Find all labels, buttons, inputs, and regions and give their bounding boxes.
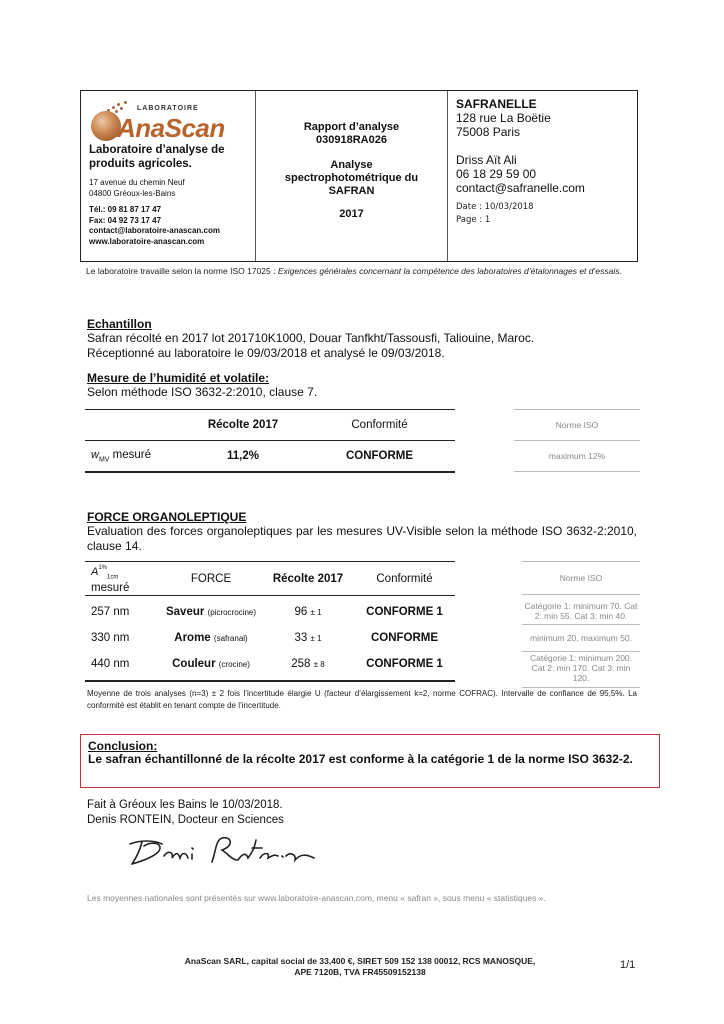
force-norm-table: Norme ISO Catégorie 1: minimum 70. Cat 2…	[522, 561, 640, 688]
report-title: Rapport d’analyse	[256, 121, 447, 134]
force-norm: minimum 20, maximum 50.	[522, 625, 640, 652]
compound: (crocine)	[219, 660, 250, 669]
lab-website[interactable]: www.laboratoire-anascan.com	[89, 237, 249, 248]
client-city: 75008 Paris	[456, 125, 637, 139]
humidity-table: Récolte 2017 Conformité wMV mesuré 11,2%…	[85, 409, 455, 473]
lab-address-line1: 17 avenue du chemin Neuf	[89, 177, 249, 188]
table-row: 257 nmSaveur (picrocrocine)96 ± 1CONFORM…	[85, 596, 455, 626]
w-symbol: w	[91, 449, 99, 461]
force-conformity: CONFORME 1	[354, 596, 455, 626]
lab-info: LABORATOIRE AnaScan Laboratoire d’analys…	[81, 91, 256, 261]
national-averages-note: Les moyennes nationales sont présentés s…	[87, 893, 546, 903]
client-phone: 06 18 29 59 00	[456, 167, 637, 181]
handwritten-signature-icon	[120, 830, 320, 870]
lab-title: Laboratoire d’analyse de produits agrico…	[89, 143, 249, 171]
col-conformity: Conformité	[304, 410, 455, 441]
wavelength: 330 nm	[85, 625, 160, 651]
humidity-method: Selon méthode ISO 3632-2:2010, clause 7.	[87, 385, 647, 400]
client-info: SAFRANELLE 128 rue La Boëtie 75008 Paris…	[448, 91, 637, 261]
humidity-title: Mesure de l’humidité et volatile:	[87, 371, 647, 385]
force-conformity: CONFORME 1	[354, 651, 455, 681]
client-street: 128 rue La Boëtie	[456, 111, 637, 125]
wavelength: 440 nm	[85, 651, 160, 681]
humidity-table-header: Récolte 2017 Conformité	[85, 410, 455, 441]
force-description: Evaluation des forces organoleptiques pa…	[87, 524, 637, 553]
client-email[interactable]: contact@safranelle.com	[456, 181, 637, 195]
sample-description: Safran récolté en 2017 lot 201710K1000, …	[87, 331, 647, 346]
iso-17025-note: Le laboratoire travaille selon la norme …	[86, 266, 638, 277]
norm-header: Norme ISO	[522, 562, 640, 595]
value: 96	[294, 606, 307, 618]
force-label: Saveur	[166, 606, 204, 618]
conclusion-text: Le safran échantillonné de la récolte 20…	[88, 753, 652, 766]
col-conformity: Conformité	[354, 562, 455, 596]
lab-address: 17 avenue du chemin Neuf 04800 Gréoux-le…	[89, 177, 249, 199]
iso-note-prefix: Le laboratoire travaille selon la norme …	[86, 266, 278, 276]
report-info: Rapport d’analyse 030918RA026 Analyse sp…	[256, 91, 448, 261]
force-value: 33 ± 1	[262, 625, 354, 651]
uncertainty-footnote: Moyenne de trois analyses (n=3) ± 2 fois…	[87, 688, 637, 712]
force-label: Arome	[174, 632, 210, 644]
lab-fax: Fax: 04 92 73 17 47	[89, 216, 249, 227]
force-conformity: CONFORME	[354, 625, 455, 651]
mv-subscript: MV	[99, 456, 110, 463]
force-norm: Catégorie 1: minimum 200. Cat 2: min 170…	[522, 652, 640, 688]
uncertainty: ± 1	[310, 608, 321, 617]
force-table: A1%1cmmesuré FORCE Récolte 2017 Conformi…	[85, 561, 455, 682]
col-harvest: Récolte 2017	[262, 562, 354, 596]
uncertainty: ± 1	[310, 634, 321, 643]
compound: (picrocrocine)	[208, 608, 256, 617]
lab-contact: Tél.: 09 81 87 17 47 Fax: 04 92 73 17 47…	[89, 205, 249, 247]
analysis-type-line3: SAFRAN	[256, 185, 447, 198]
sample-reception: Réceptionné au laboratoire le 09/03/2018…	[87, 346, 647, 361]
force-section: FORCE ORGANOLEPTIQUE Evaluation des forc…	[87, 510, 637, 553]
force-value: 258 ± 8	[262, 651, 354, 681]
logo-label: LABORATOIRE	[137, 105, 199, 112]
report-header: LABORATOIRE AnaScan Laboratoire d’analys…	[80, 90, 638, 262]
table-row: wMV mesuré 11,2% CONFORME	[85, 441, 455, 473]
signer-name: Denis RONTEIN, Docteur en Sciences	[87, 813, 284, 828]
wavelength: 257 nm	[85, 596, 160, 626]
lab-address-line2: 04800 Gréoux-les-Bains	[89, 188, 249, 199]
abs-sup: 1%	[98, 565, 107, 571]
sample-section: Echantillon Safran récolté en 2017 lot 2…	[87, 317, 647, 360]
force-title: FORCE ORGANOLEPTIQUE	[87, 510, 637, 524]
value: 33	[294, 632, 307, 644]
client-name: SAFRANELLE	[456, 97, 637, 111]
report-meta: Date : 10/03/2018 Page : 1	[456, 201, 637, 227]
table-row: 330 nmArome (safranal)33 ± 1CONFORME	[85, 625, 455, 651]
company-footer: AnaScan SARL, capital social de 33,400 €…	[130, 956, 590, 978]
page-counter: 1/1	[620, 959, 635, 971]
compound: (safranal)	[214, 634, 248, 643]
uncertainty: ± 8	[314, 660, 325, 669]
force-label: Couleur	[172, 658, 215, 670]
logo-name: AnaScan	[117, 113, 225, 144]
humidity-value: 11,2%	[182, 441, 304, 473]
force-name: Arome (safranal)	[160, 625, 262, 651]
company-footer-line2: APE 7120B, TVA FR45509152138	[130, 967, 590, 978]
analysis-type-line2: spectrophotométrique du	[256, 172, 447, 185]
col-force: FORCE	[160, 562, 262, 596]
humidity-section: Mesure de l’humidité et volatile: Selon …	[87, 371, 647, 400]
abs-label: mesuré	[91, 582, 129, 594]
norm-header: Norme ISO	[514, 410, 640, 441]
humidity-norm: maximum 12%	[514, 441, 640, 472]
signature-block: Fait à Gréoux les Bains le 10/03/2018. D…	[87, 798, 284, 827]
company-footer-line1: AnaScan SARL, capital social de 33,400 €…	[130, 956, 590, 967]
table-row: 440 nmCouleur (crocine)258 ± 8CONFORME 1	[85, 651, 455, 681]
force-name: Saveur (picrocrocine)	[160, 596, 262, 626]
label-text: mesuré	[109, 449, 151, 461]
iso-note-italic: Exigences générales concernant la compét…	[278, 266, 622, 276]
force-table-header: A1%1cmmesuré FORCE Récolte 2017 Conformi…	[85, 562, 455, 596]
col-absorbance: A1%1cmmesuré	[85, 562, 160, 596]
signature-place-date: Fait à Gréoux les Bains le 10/03/2018.	[87, 798, 284, 813]
report-number: 030918RA026	[256, 134, 447, 147]
report-year: 2017	[256, 208, 447, 221]
sample-title: Echantillon	[87, 317, 647, 331]
force-value: 96 ± 1	[262, 596, 354, 626]
humidity-conformity: CONFORME	[304, 441, 455, 473]
col-harvest: Récolte 2017	[182, 410, 304, 441]
report-page: Page : 1	[456, 214, 637, 227]
value: 258	[291, 658, 310, 670]
lab-phone: Tél.: 09 81 87 17 47	[89, 205, 249, 216]
report-date: Date : 10/03/2018	[456, 201, 637, 214]
analysis-type-line1: Analyse	[256, 159, 447, 172]
force-norm: Catégorie 1: minimum 70. Cat 2: min 55. …	[522, 595, 640, 625]
humidity-label: wMV mesuré	[85, 441, 182, 473]
lab-email[interactable]: contact@laboratoire-anascan.com	[89, 226, 249, 237]
conclusion-box: Conclusion: Le safran échantillonné de l…	[80, 734, 660, 788]
client-contact-name: Driss Aït Ali	[456, 153, 637, 167]
force-name: Couleur (crocine)	[160, 651, 262, 681]
anascan-logo: LABORATOIRE AnaScan	[89, 97, 249, 141]
abs-sub: 1cm	[107, 574, 118, 580]
humidity-norm-table: Norme ISO maximum 12%	[514, 409, 640, 472]
